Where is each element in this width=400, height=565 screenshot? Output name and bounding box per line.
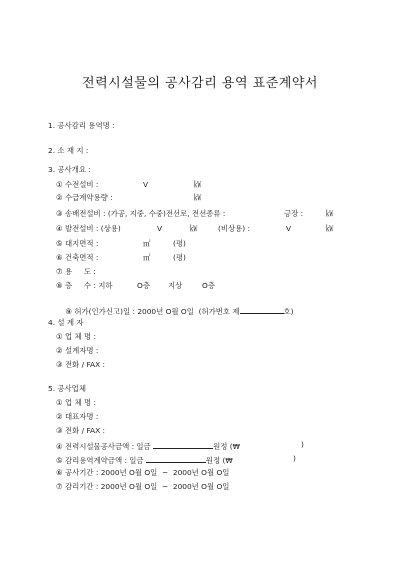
item-permit-date: ⑨ 허가(인가신고)일 : 2000년 O월 O일 (허가번호 제호) [56,295,294,327]
item-supervision-period: ⑦ 감리기간 : 2000년 O월 O일 ~ 2000년 O월 O일 [56,482,229,492]
supervision-amount-blank [146,454,206,463]
unit-pyeong: (평) [173,239,186,249]
item-contract-capacity: ② 수급계약용량 : [56,193,113,203]
item-floors: ⑧ 층 수 : 지하 [56,281,112,291]
unit-kw: ㎾ [326,224,333,234]
unit-kw: ㎾ [190,224,197,234]
item-supervision-amount: ⑤ 감리용역계약금액 : 일금 원정 (₩ [56,454,233,466]
permit-date-label: ⑨ 허가(인가신고)일 : 2000년 O월 O일 (허가번호 제 [65,307,239,316]
unit-v: V [157,224,162,234]
document-page: 전력시설물의 공사감리 용역 표준계약서 1. 공사감리 용역명 : 2. 소 … [0,0,400,565]
permit-number-blank [240,305,284,314]
item-designer-phone: ③ 전화 / FAX : [56,360,105,370]
section-2-location: 2. 소 재 지 : [48,146,88,156]
unit-kw: ㎾ [194,180,201,190]
length-label: 긍장 : [284,209,303,219]
emergency-label: (비상용) : [218,224,250,234]
supervision-amount-close: ) [293,454,296,464]
unit-v: V [143,180,148,190]
unit-kw: ㎾ [326,209,333,219]
construction-amount-close: ) [301,440,304,450]
section-3-overview: 3. 공사개요 : [48,165,91,175]
construction-amount-blank [153,440,213,449]
construction-amount-label: ④ 전력시설물공사금액 : 일금 [56,442,151,451]
above-ground-label: 지상 [168,281,182,291]
unit-sqm: ㎡ [143,239,150,249]
item-usage: ⑦ 용 도 : [56,267,96,277]
supervision-amount-label: ⑤ 감리용역계약금액 : 일금 [56,456,144,465]
section-1-service-name: 1. 공사감리 용역명 : [48,121,115,131]
item-building-area: ⑥ 건축면적 : [56,253,98,263]
section-4-designer: 4. 설 계 자 [48,318,84,328]
item-contractor-phone: ③ 전화 / FAX : [56,426,105,436]
item-construction-amount: ④ 전력시설물공사금액 : 일금 원정 (₩ [56,440,240,452]
item-power-receiving: ① 수전설비 : [56,180,98,190]
supervision-amount-mid: 원정 (₩ [206,456,233,465]
basement-floors: O층 [137,281,150,291]
permit-suffix: 호) [284,307,294,316]
item-generation: ④ 발전설비 : (상용) [56,224,121,234]
item-transmission: ③ 송배전설비 : (가공, 지중, 수중)전선로, 전선종류 : [56,209,225,219]
item-site-area: ⑤ 대지면적 : [56,239,98,249]
item-construction-period: ⑥ 공사기간 : 2000년 O월 O일 ~ 2000년 O월 O일 [56,468,229,478]
unit-kw: ㎾ [194,193,201,203]
unit-sqm: ㎡ [143,253,150,263]
item-contractor-ceo: ② 대표자명 : [56,412,98,422]
item-contractor-company: ① 업 체 명 : [56,398,96,408]
above-ground-floors: O층 [202,281,215,291]
unit-pyeong: (평) [173,253,186,263]
item-designer-company: ① 업 체 명 : [56,332,96,342]
construction-amount-mid: 원정 (₩ [213,442,240,451]
unit-v: V [286,224,291,234]
section-5-contractor: 5. 공사업체 [48,384,86,394]
document-title: 전력시설물의 공사감리 용역 표준계약서 [0,72,400,91]
item-designer-name: ② 설계자명 : [56,346,98,356]
